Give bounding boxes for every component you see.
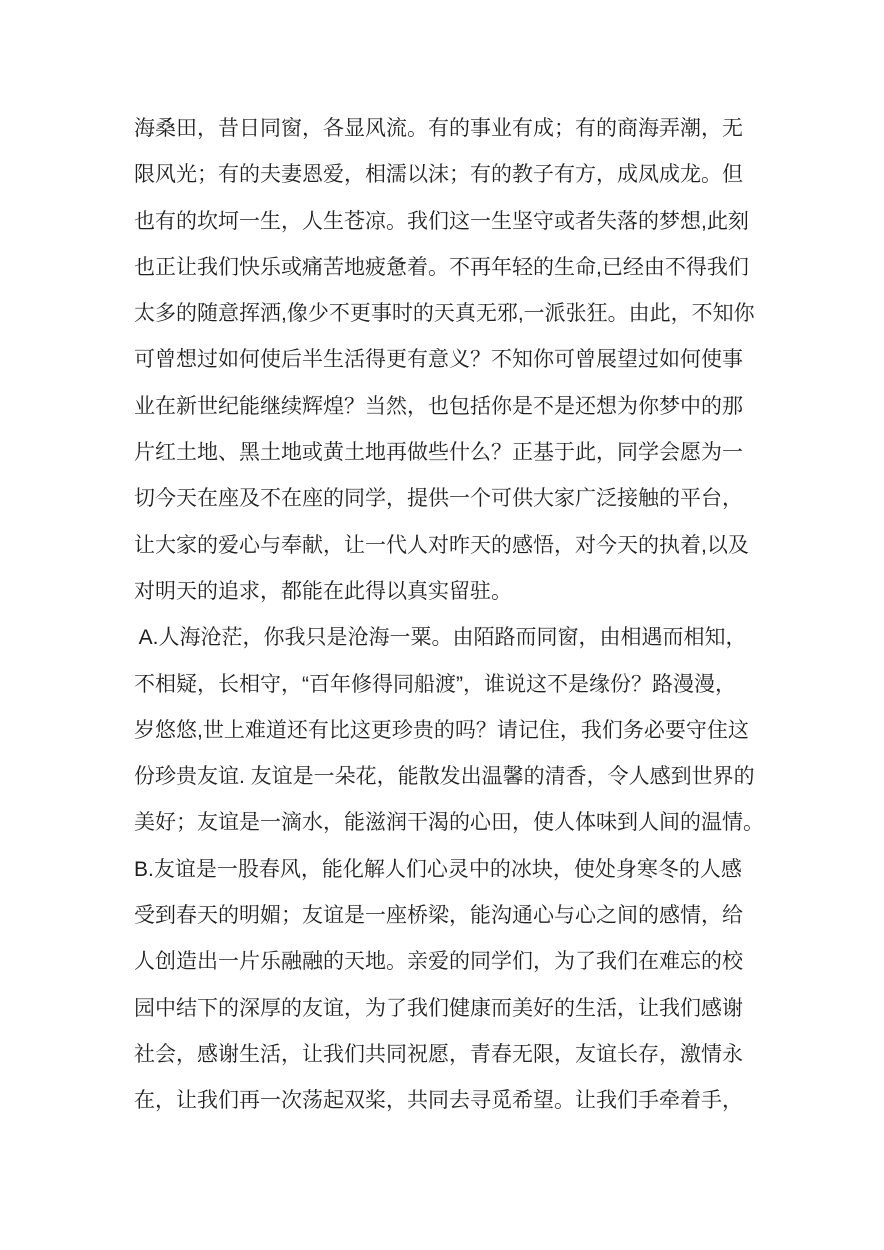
text-line-section-a: A.人海沧茫，你我只是沧海一粟。由陌路而同窗，由相遇而相知， — [134, 615, 759, 661]
text-line: 限风光；有的夫妻恩爱，相濡以沫；有的教子有方，成凤成龙。但 — [134, 152, 759, 198]
text-line: 在，让我们再一次荡起双桨，共同去寻觅希望。让我们手牵着手， — [134, 1078, 759, 1124]
text-line: 对明天的追求，都能在此得以真实留驻。 — [134, 569, 759, 615]
text-line: 让大家的爱心与奉献，让一代人对昨天的感悟，对今天的执着,以及 — [134, 523, 759, 569]
text-line-section-b: B.友谊是一股春风，能化解人们心灵中的冰块，使处身寒冬的人感 — [134, 847, 759, 893]
text-line: 可曾想过如何使后半生活得更有意义？不知你可曾展望过如何使事 — [134, 337, 759, 383]
text-line: 美好；友谊是一滴水，能滋润干渴的心田，使人体味到人间的温情。 — [134, 800, 759, 846]
text-line: 园中结下的深厚的友谊，为了我们健康而美好的生活，让我们感谢 — [134, 986, 759, 1032]
text-line: 切今天在座及不在座的同学，提供一个可供大家广泛接触的平台， — [134, 476, 759, 522]
text-line: 不相疑，长相守，“百年修得同船渡”，谁说这不是缘份？路漫漫， — [134, 662, 759, 708]
text-block: 海桑田，昔日同窗，各显风流。有的事业有成；有的商海弄潮，无 限风光；有的夫妻恩爱… — [134, 106, 759, 1125]
text-line: 也有的坎坷一生，人生苍凉。我们这一生坚守或者失落的梦想,此刻 — [134, 199, 759, 245]
text-line: 海桑田，昔日同窗，各显风流。有的事业有成；有的商海弄潮，无 — [134, 106, 759, 152]
text-line: 份珍贵友谊. 友谊是一朵花，能散发出温馨的清香，令人感到世界的 — [134, 754, 759, 800]
text-line: 太多的随意挥洒,像少不更事时的天真无邪,一派张狂。由此，不知你 — [134, 291, 759, 337]
text-line: 也正让我们快乐或痛苦地疲惫着。不再年轻的生命,已经由不得我们 — [134, 245, 759, 291]
text-line: 岁悠悠,世上难道还有比这更珍贵的吗？请记住，我们务必要守住这 — [134, 708, 759, 754]
document-page: 海桑田，昔日同窗，各显风流。有的事业有成；有的商海弄潮，无 限风光；有的夫妻恩爱… — [0, 0, 884, 1250]
text-line: 业在新世纪能继续辉煌？当然，也包括你是不是还想为你梦中的那 — [134, 384, 759, 430]
text-line: 片红土地、黑土地或黄土地再做些什么？正基于此，同学会愿为一 — [134, 430, 759, 476]
text-line: 人创造出一片乐融融的天地。亲爱的同学们，为了我们在难忘的校 — [134, 939, 759, 985]
text-line: 社会，感谢生活，让我们共同祝愿，青春无限，友谊长存，激情永 — [134, 1032, 759, 1078]
text-line: 受到春天的明媚；友谊是一座桥梁，能沟通心与心之间的感情，给 — [134, 893, 759, 939]
